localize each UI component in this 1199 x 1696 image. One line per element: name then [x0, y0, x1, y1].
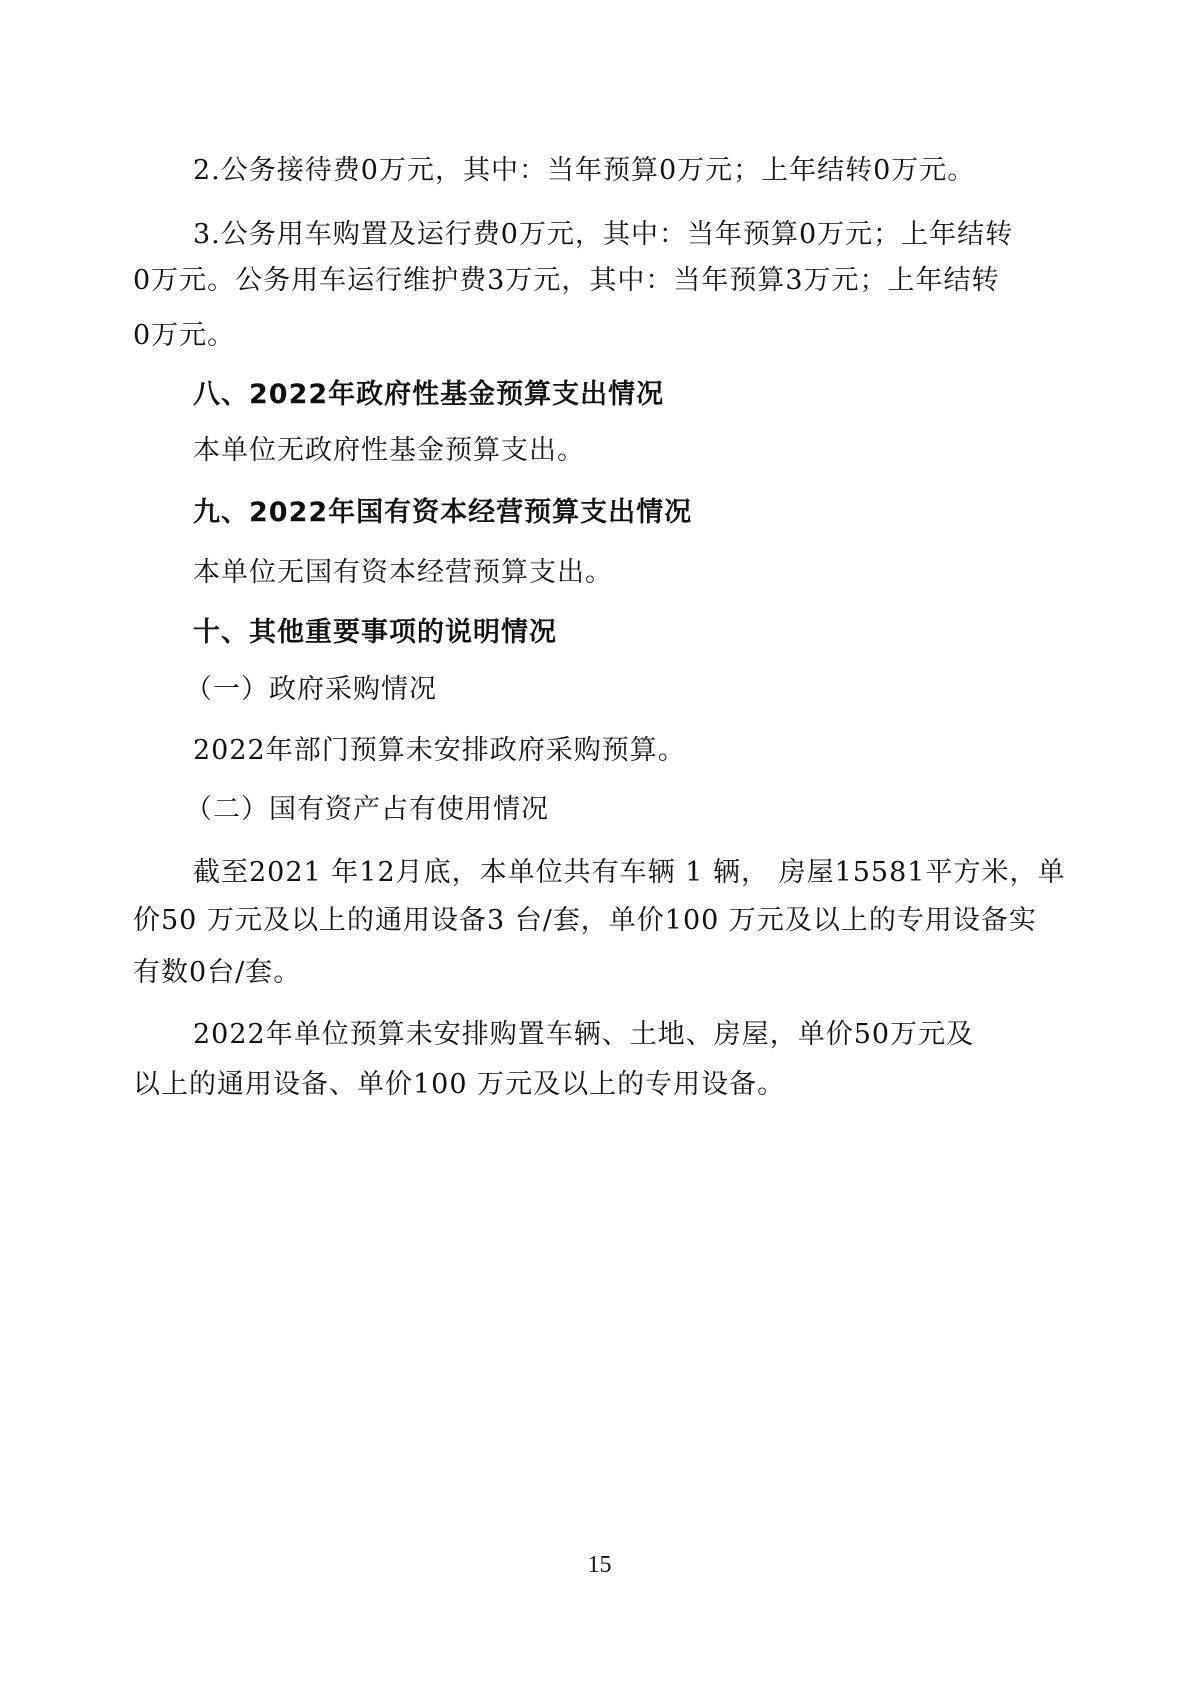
paragraph-section-9: 本单位无国有资本经营预算支出。	[193, 550, 613, 589]
paragraph-procurement: 2022年部门预算未安排政府采购预算。	[193, 728, 686, 767]
paragraph-section-8: 本单位无政府性基金预算支出。	[193, 428, 585, 467]
paragraph-vehicle-fee-cont: 0万元。公务用车运行维护费3万元，其中：当年预算3万元；上年结转	[133, 258, 1000, 297]
paragraph-vehicle-fee: 3.公务用车购置及运行费0万元，其中：当年预算0万元；上年结转	[193, 212, 1013, 251]
paragraph-assets: 截至2021 年12月底，本单位共有车辆 1 辆， 房屋15581平方米，单	[193, 850, 1065, 889]
page-number: 15	[0, 1552, 1199, 1579]
paragraph-purchase-plan-cont: 以上的通用设备、单价100 万元及以上的专用设备。	[133, 1062, 785, 1101]
paragraph-reception-fee: 2.公务接待费0万元，其中：当年预算0万元；上年结转0万元。	[193, 148, 975, 187]
section-heading-9: 九、2022年国有资本经营预算支出情况	[193, 490, 692, 529]
subsection-heading-2: （二）国有资产占有使用情况	[185, 787, 549, 826]
section-heading-8: 八、2022年政府性基金预算支出情况	[193, 372, 664, 411]
paragraph-assets-end: 有数0台/套。	[133, 950, 301, 989]
subsection-heading-1: （一）政府采购情况	[185, 667, 437, 706]
paragraph-assets-cont: 价50 万元及以上的通用设备3 台/套，单价100 万元及以上的专用设备实	[133, 898, 1037, 937]
paragraph-purchase-plan: 2022年单位预算未安排购置车辆、土地、房屋，单价50万元及	[193, 1012, 974, 1051]
paragraph-vehicle-fee-end: 0万元。	[133, 313, 235, 352]
section-heading-10: 十、其他重要事项的说明情况	[193, 610, 557, 649]
